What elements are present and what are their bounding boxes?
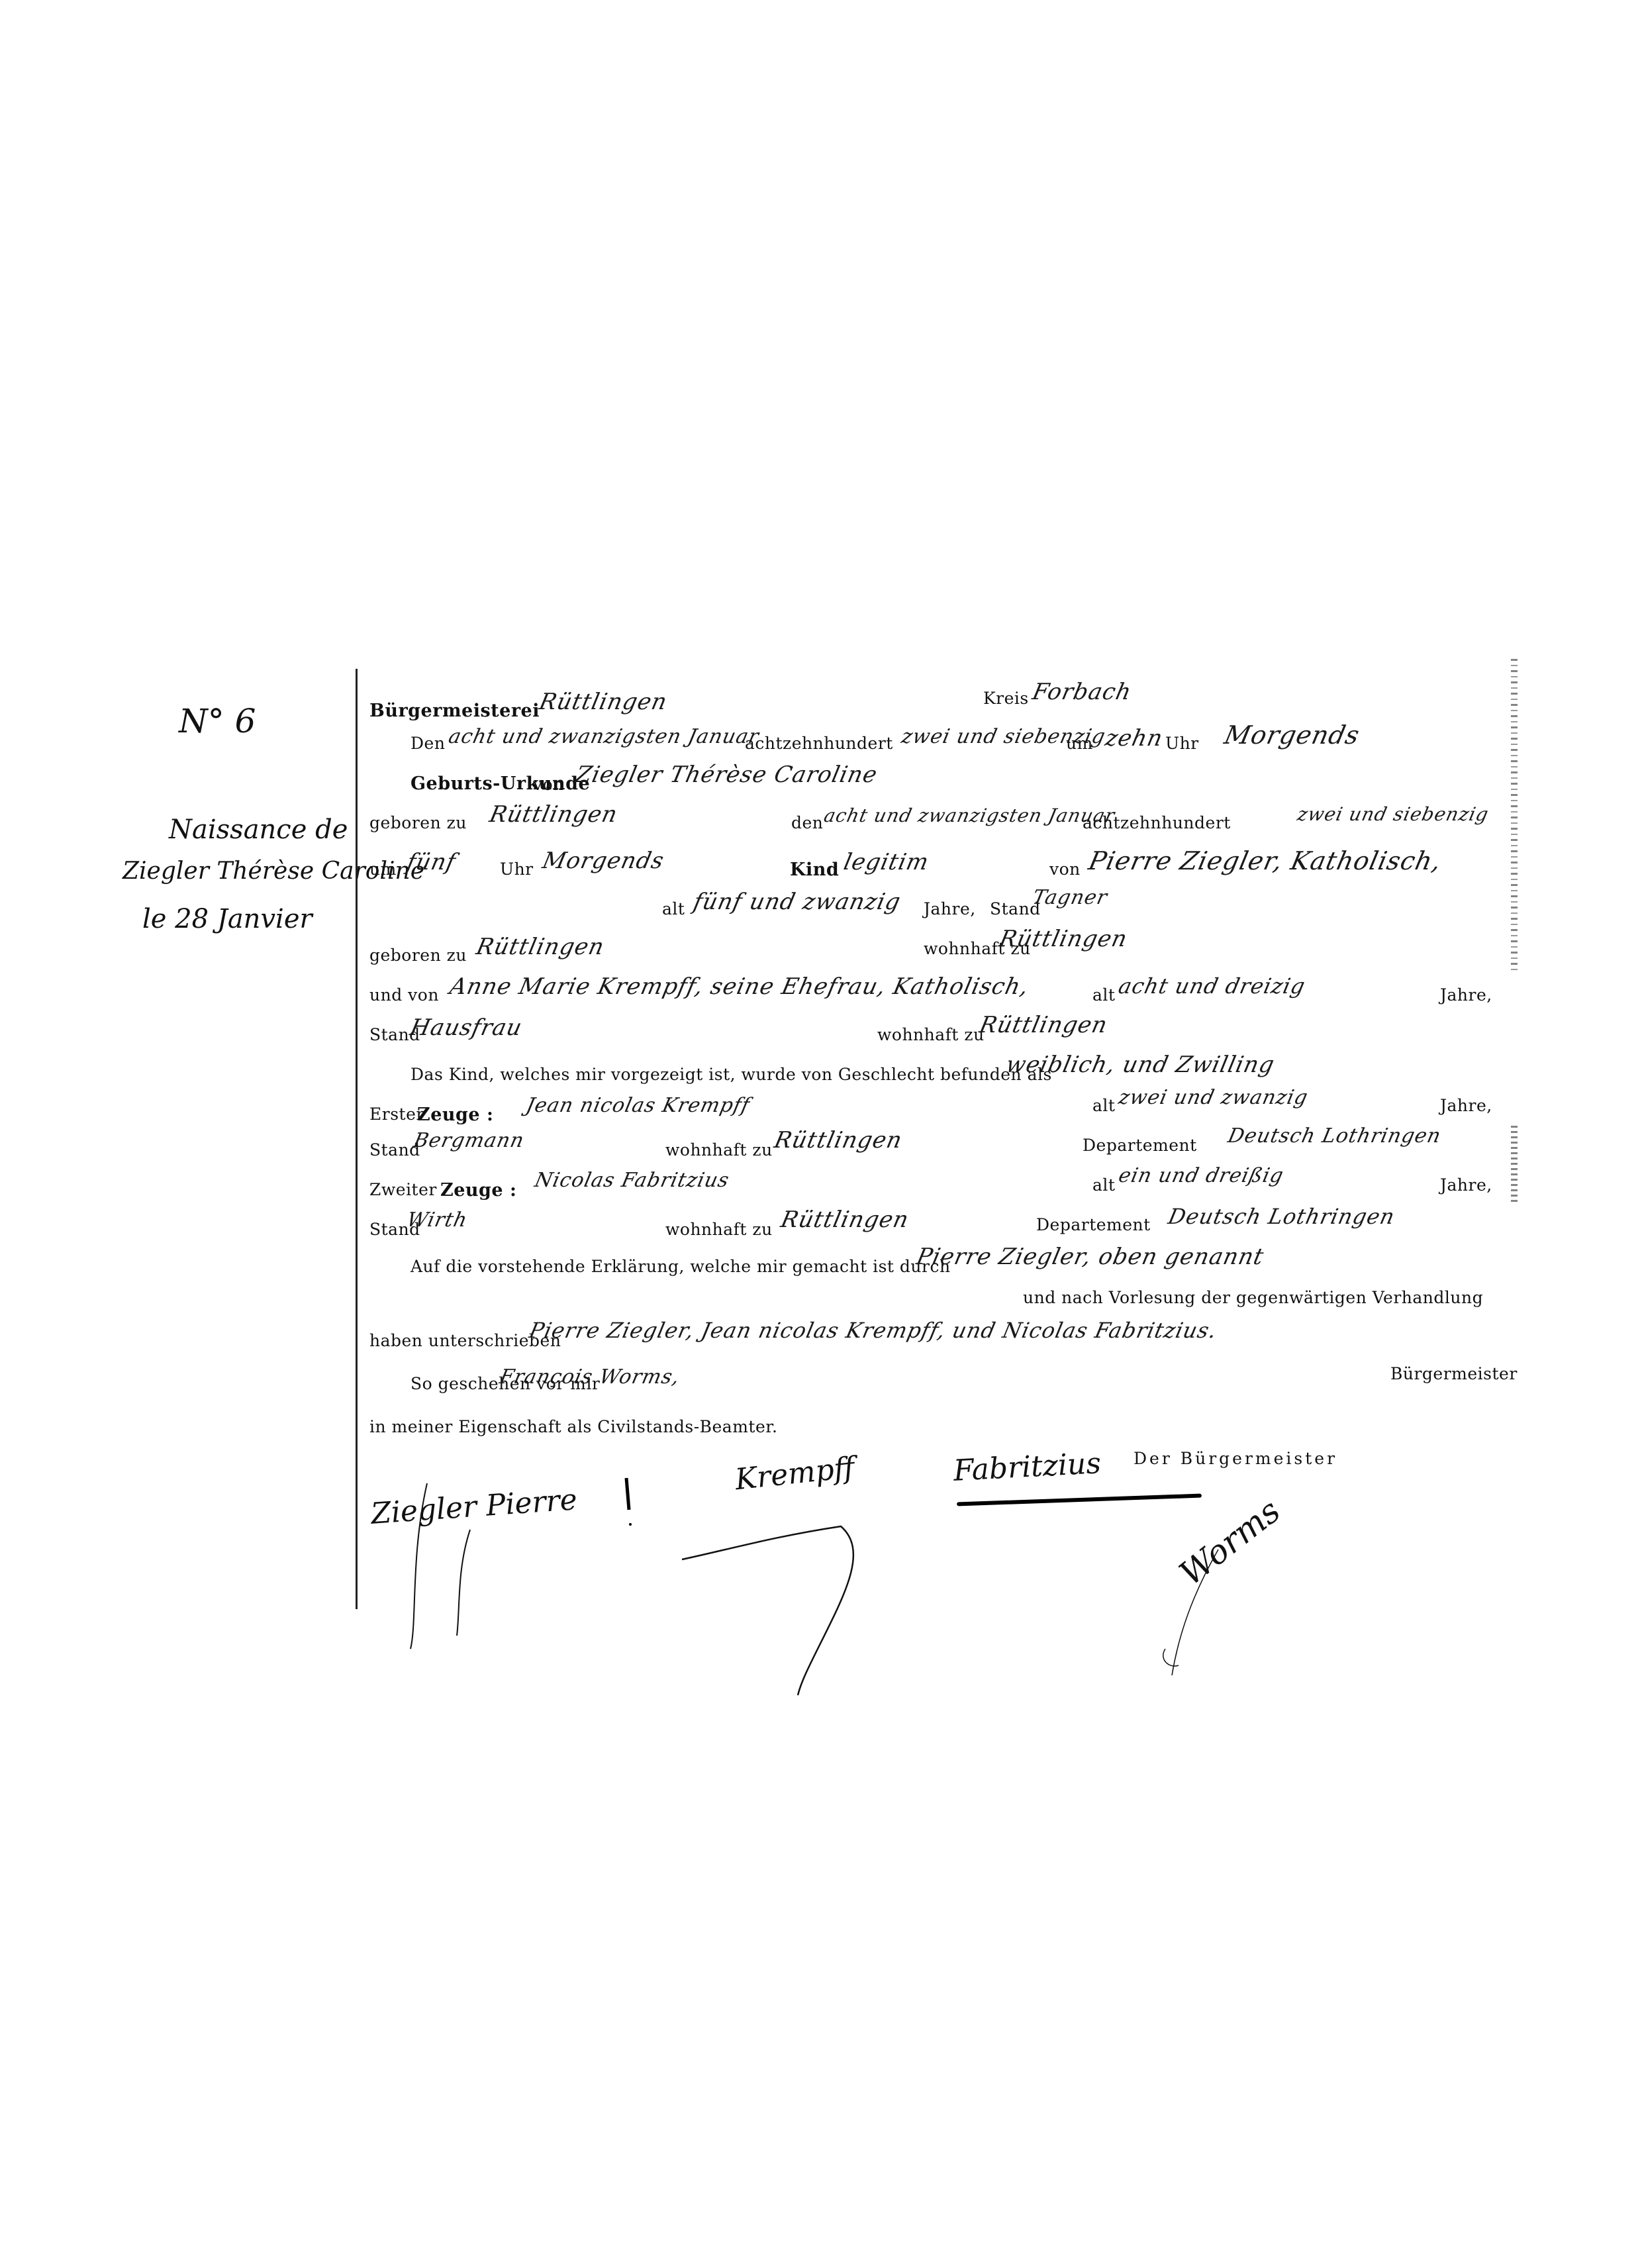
witness1-age: zwei und zwanzig [1116,1086,1310,1109]
wohnhaft-2: wohnhaft zu [877,1025,985,1044]
registration-day: acht und zwanzigsten Januar [446,725,761,748]
alt-2: alt [1092,985,1115,1005]
witness2-occupation: Wirth [405,1208,469,1232]
birth-hour: fünf [405,849,458,875]
signature-witness1-flourish [675,1523,900,1695]
witness1-departement: Deutsch Lothringen [1226,1124,1443,1148]
kreis-value: Forbach [1030,679,1134,705]
departement-1: Departement [1083,1136,1197,1155]
signature-witness2: Fabritzius [953,1446,1102,1488]
ink-mark [622,1477,636,1530]
signatories: Pierre Ziegler, Jean nicolas Krempff, un… [527,1318,1220,1343]
father-age: fünf und zwanzig [691,889,903,915]
jahre-4: Jahre, [1440,1175,1492,1195]
von-1: von [533,775,564,794]
witness1-name: Jean nicolas Krempff [524,1094,752,1117]
jahre-3: Jahre, [1440,1096,1492,1115]
date-prefix: Den [410,734,445,753]
declaration-sentence: Auf die vorstehende Erklärung, welche mi… [410,1257,951,1276]
zweiter-label: Zweiter [369,1180,437,1199]
sex-sentence: Das Kind, welches mir vorgezeigt ist, wu… [410,1065,1052,1084]
und-von: und von [369,985,439,1005]
witness2-age: ein und dreißig [1116,1164,1286,1187]
zeuge-2-label: Zeuge : [440,1180,516,1201]
father-residence: Rüttlingen [997,926,1130,952]
buergermeister-label: Bürgermeister [1390,1364,1518,1383]
uhr-1: Uhr [1165,734,1199,753]
wohnhaft-4: wohnhaft zu [665,1220,773,1239]
registration-time-part: Morgends [1222,720,1362,750]
mother-residence: Rüttlingen [977,1012,1110,1038]
birth-year: zwei und siebenzig [1295,803,1490,825]
official-name: François Worms, [497,1365,682,1389]
margin-divider [356,669,358,1609]
zeuge-1-label: Zeuge : [417,1105,493,1125]
achtzehnhundert-1: achtzehnhundert [745,734,893,753]
buergermeisterei-label: Bürgermeisterei [369,701,540,721]
kreis-label: Kreis [983,689,1029,708]
witness1-occupation: Bergmann [411,1129,526,1152]
der-buergermeister-label: Der Bürgermeister [1134,1449,1337,1468]
jahre-1: Jahre, [924,899,976,918]
wohnhaft-3: wohnhaft zu [665,1140,773,1159]
registration-hour: zehn [1103,725,1165,752]
capacity-sentence: in meiner Eigenschaft als Civilstands-Be… [369,1417,777,1436]
father-birthplace: Rüttlingen [474,934,607,960]
signature-mayor-flourish [1139,1543,1271,1675]
margin-title-line1: Naissance de [169,814,348,845]
mother-occupation: Hausfrau [408,1014,525,1041]
den-2: den [791,813,823,832]
mother-age: acht und dreizig [1116,973,1308,999]
birth-place: Rüttlingen [487,801,620,828]
scan-edge-artifact [1511,659,1518,970]
father-occupation: Tagner [1030,886,1110,909]
erster-label: Erster [369,1105,424,1124]
alt-4: alt [1092,1175,1115,1195]
record-number: N° 6 [179,702,256,740]
buergermeisterei-value: Rüttlingen [537,689,670,715]
kind-label: Kind [790,860,839,880]
signature-witness2-underline [957,1494,1202,1506]
von-2: von [1049,860,1081,879]
uhr-2: Uhr [500,860,534,879]
mother-name: Anne Marie Krempff, seine Ehefrau, Katho… [448,973,1032,1000]
witness1-residence: Rüttlingen [772,1127,905,1154]
departement-2: Departement [1036,1215,1151,1234]
declarant: Pierre Ziegler, oben genannt [914,1244,1267,1270]
witness2-departement: Deutsch Lothringen [1166,1204,1397,1229]
um-2: um [369,860,397,879]
birth-day: acht und zwanzigsten Januar [822,805,1117,826]
witness2-name: Nicolas Fabritzius [532,1169,732,1192]
kind-value: legitim [842,849,932,875]
alt-1: alt [662,899,685,918]
signature-witness1: Krempff [734,1451,856,1497]
jahre-2: Jahre, [1440,985,1492,1005]
witness2-residence: Rüttlingen [779,1207,912,1233]
father-name: Pierre Ziegler, Katholisch, [1086,846,1444,875]
margin-title-line3: le 28 Janvier [142,904,313,934]
geboren-zu-2: geboren zu [369,946,467,965]
achtzehnhundert-2: achtzehnhundert [1083,813,1231,832]
geboren-zu-1: geboren zu [369,813,467,832]
reading-sentence: und nach Vorlesung der gegenwärtigen Ver… [1023,1288,1483,1307]
um-1: um [1066,734,1093,753]
sex-value: weiblich, und Zwilling [1004,1052,1277,1078]
signature-father-flourish [371,1477,503,1642]
birth-time-part: Morgends [540,848,667,874]
alt-3: alt [1092,1096,1115,1115]
child-name: Ziegler Thérèse Caroline [573,762,880,788]
scan-edge-artifact [1511,1126,1518,1205]
